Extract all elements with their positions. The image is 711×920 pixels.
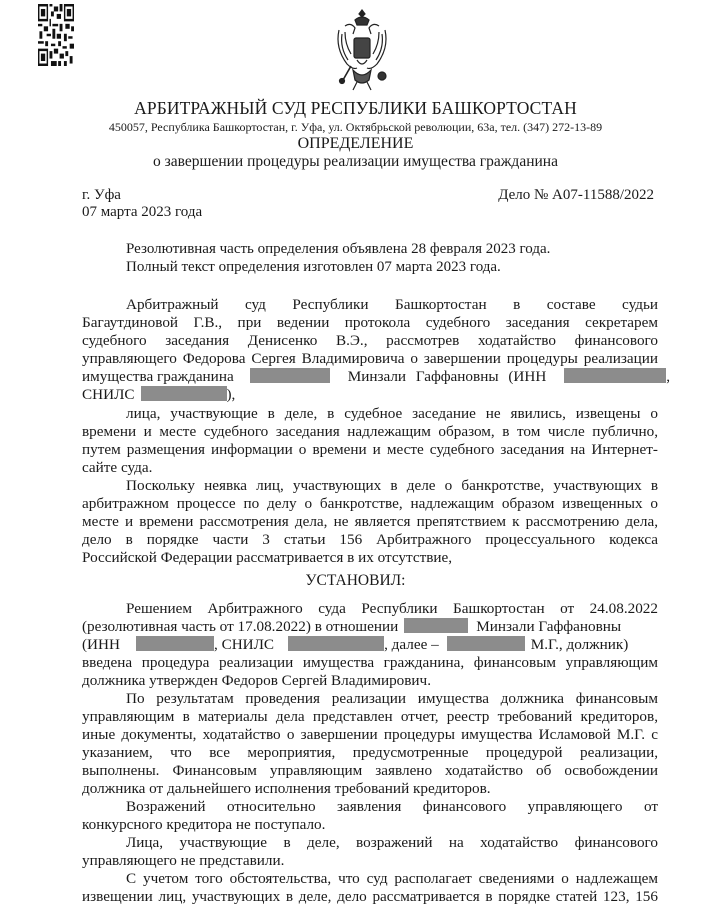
redacted-surname	[447, 636, 525, 651]
paragraph-line: По результатам проведения реализации иму…	[82, 690, 658, 708]
paragraph-line: конкурсного кредитора не поступало.	[82, 816, 658, 834]
paragraph-line: управляющего не представили.	[82, 852, 658, 870]
paragraph-line: выполнены. Финансовым управляющим заявле…	[82, 762, 658, 780]
paragraph-line: лица, участвующие в деле, в судебное зас…	[82, 405, 658, 423]
paragraph-line: месте и времени рассмотрения дела, не яв…	[82, 513, 658, 531]
redacted-surname	[404, 618, 468, 633]
paragraph-line: должника от дальнейшего исполнения требо…	[82, 780, 658, 798]
paragraph-line: указанием, что все мероприятия, предусмо…	[82, 744, 658, 762]
paragraph-line: управляющим в материалы дела представлен…	[82, 708, 658, 726]
full-text-prepared: Полный текст определения изготовлен 07 м…	[126, 259, 501, 276]
paragraph-line: СНИЛС),	[82, 386, 658, 404]
paragraph-line: Арбитражный суд Республики Башкортостан …	[82, 296, 658, 314]
paragraph-line: Лица, участвующие в деле, возражений на …	[82, 834, 658, 852]
paragraph-line: Возражений относительно заявления финанс…	[82, 798, 658, 816]
paragraph-line: сайте суда.	[82, 459, 658, 477]
paragraph-line: извещении лиц, участвующих в деле, дело …	[82, 888, 658, 906]
paragraph-line: иные документы, ходатайство о завершении…	[82, 726, 658, 744]
qr-code-icon	[38, 4, 74, 66]
paragraph-line: путем размещения информации о времени и …	[82, 441, 658, 459]
redacted-snils	[141, 386, 227, 401]
paragraph-line: управляющего Федорова Сергея Владимирови…	[82, 350, 658, 368]
paragraph-line: введена процедура реализации имущества г…	[82, 654, 658, 672]
paragraph-line: Поскольку неявка лиц, участвующих в деле…	[82, 477, 658, 495]
document-subject: о завершении процедуры реализации имущес…	[0, 153, 711, 171]
paragraph-line: дело в порядке части 3 статьи 156 Арбитр…	[82, 531, 658, 549]
paragraph-line: имущества гражданинаМинзали Гаффановны (…	[82, 368, 658, 386]
city: г. Уфа	[82, 187, 121, 204]
resolution-announced: Резолютивная часть определения объявлена…	[126, 241, 550, 258]
paragraph-line: Багаутдиновой Г.В., при ведении протокол…	[82, 314, 658, 332]
redacted-surname	[250, 368, 330, 383]
case-number: Дело № А07-11588/2022	[498, 187, 654, 204]
court-name: АРБИТРАЖНЫЙ СУД РЕСПУБЛИКИ БАШКОРТОСТАН	[0, 98, 711, 119]
paragraph-line: арбитражном процессе по делу о банкротст…	[82, 495, 658, 513]
russian-coat-of-arms-icon	[333, 8, 391, 92]
document-type: ОПРЕДЕЛЕНИЕ	[0, 135, 711, 153]
paragraph-line: времени и месте судебного заседания надл…	[82, 423, 658, 441]
redacted-snils	[288, 636, 384, 651]
paragraph-line: (ИНН, СНИЛС, далее –М.Г., должник)	[82, 636, 658, 654]
redacted-inn	[136, 636, 214, 651]
court-address: 450057, Республика Башкортостан, г. Уфа,…	[0, 120, 711, 135]
paragraph-line: С учетом того обстоятельства, что суд ра…	[82, 870, 658, 888]
paragraph-line: (резолютивная часть от 17.08.2022) в отн…	[82, 618, 658, 636]
paragraph-line: должника утвержден Федоров Сергей Владим…	[82, 672, 658, 690]
paragraph-line: Решением Арбитражного суда Республики Ба…	[82, 600, 658, 618]
paragraph-line: судебного заседания Денисенко В.Э., расс…	[82, 332, 658, 350]
redacted-inn	[564, 368, 666, 383]
section-heading-established: УСТАНОВИЛ:	[0, 572, 711, 590]
document-date: 07 марта 2023 года	[82, 204, 202, 221]
paragraph-line: Российской Федерации рассматривается в и…	[82, 549, 658, 567]
